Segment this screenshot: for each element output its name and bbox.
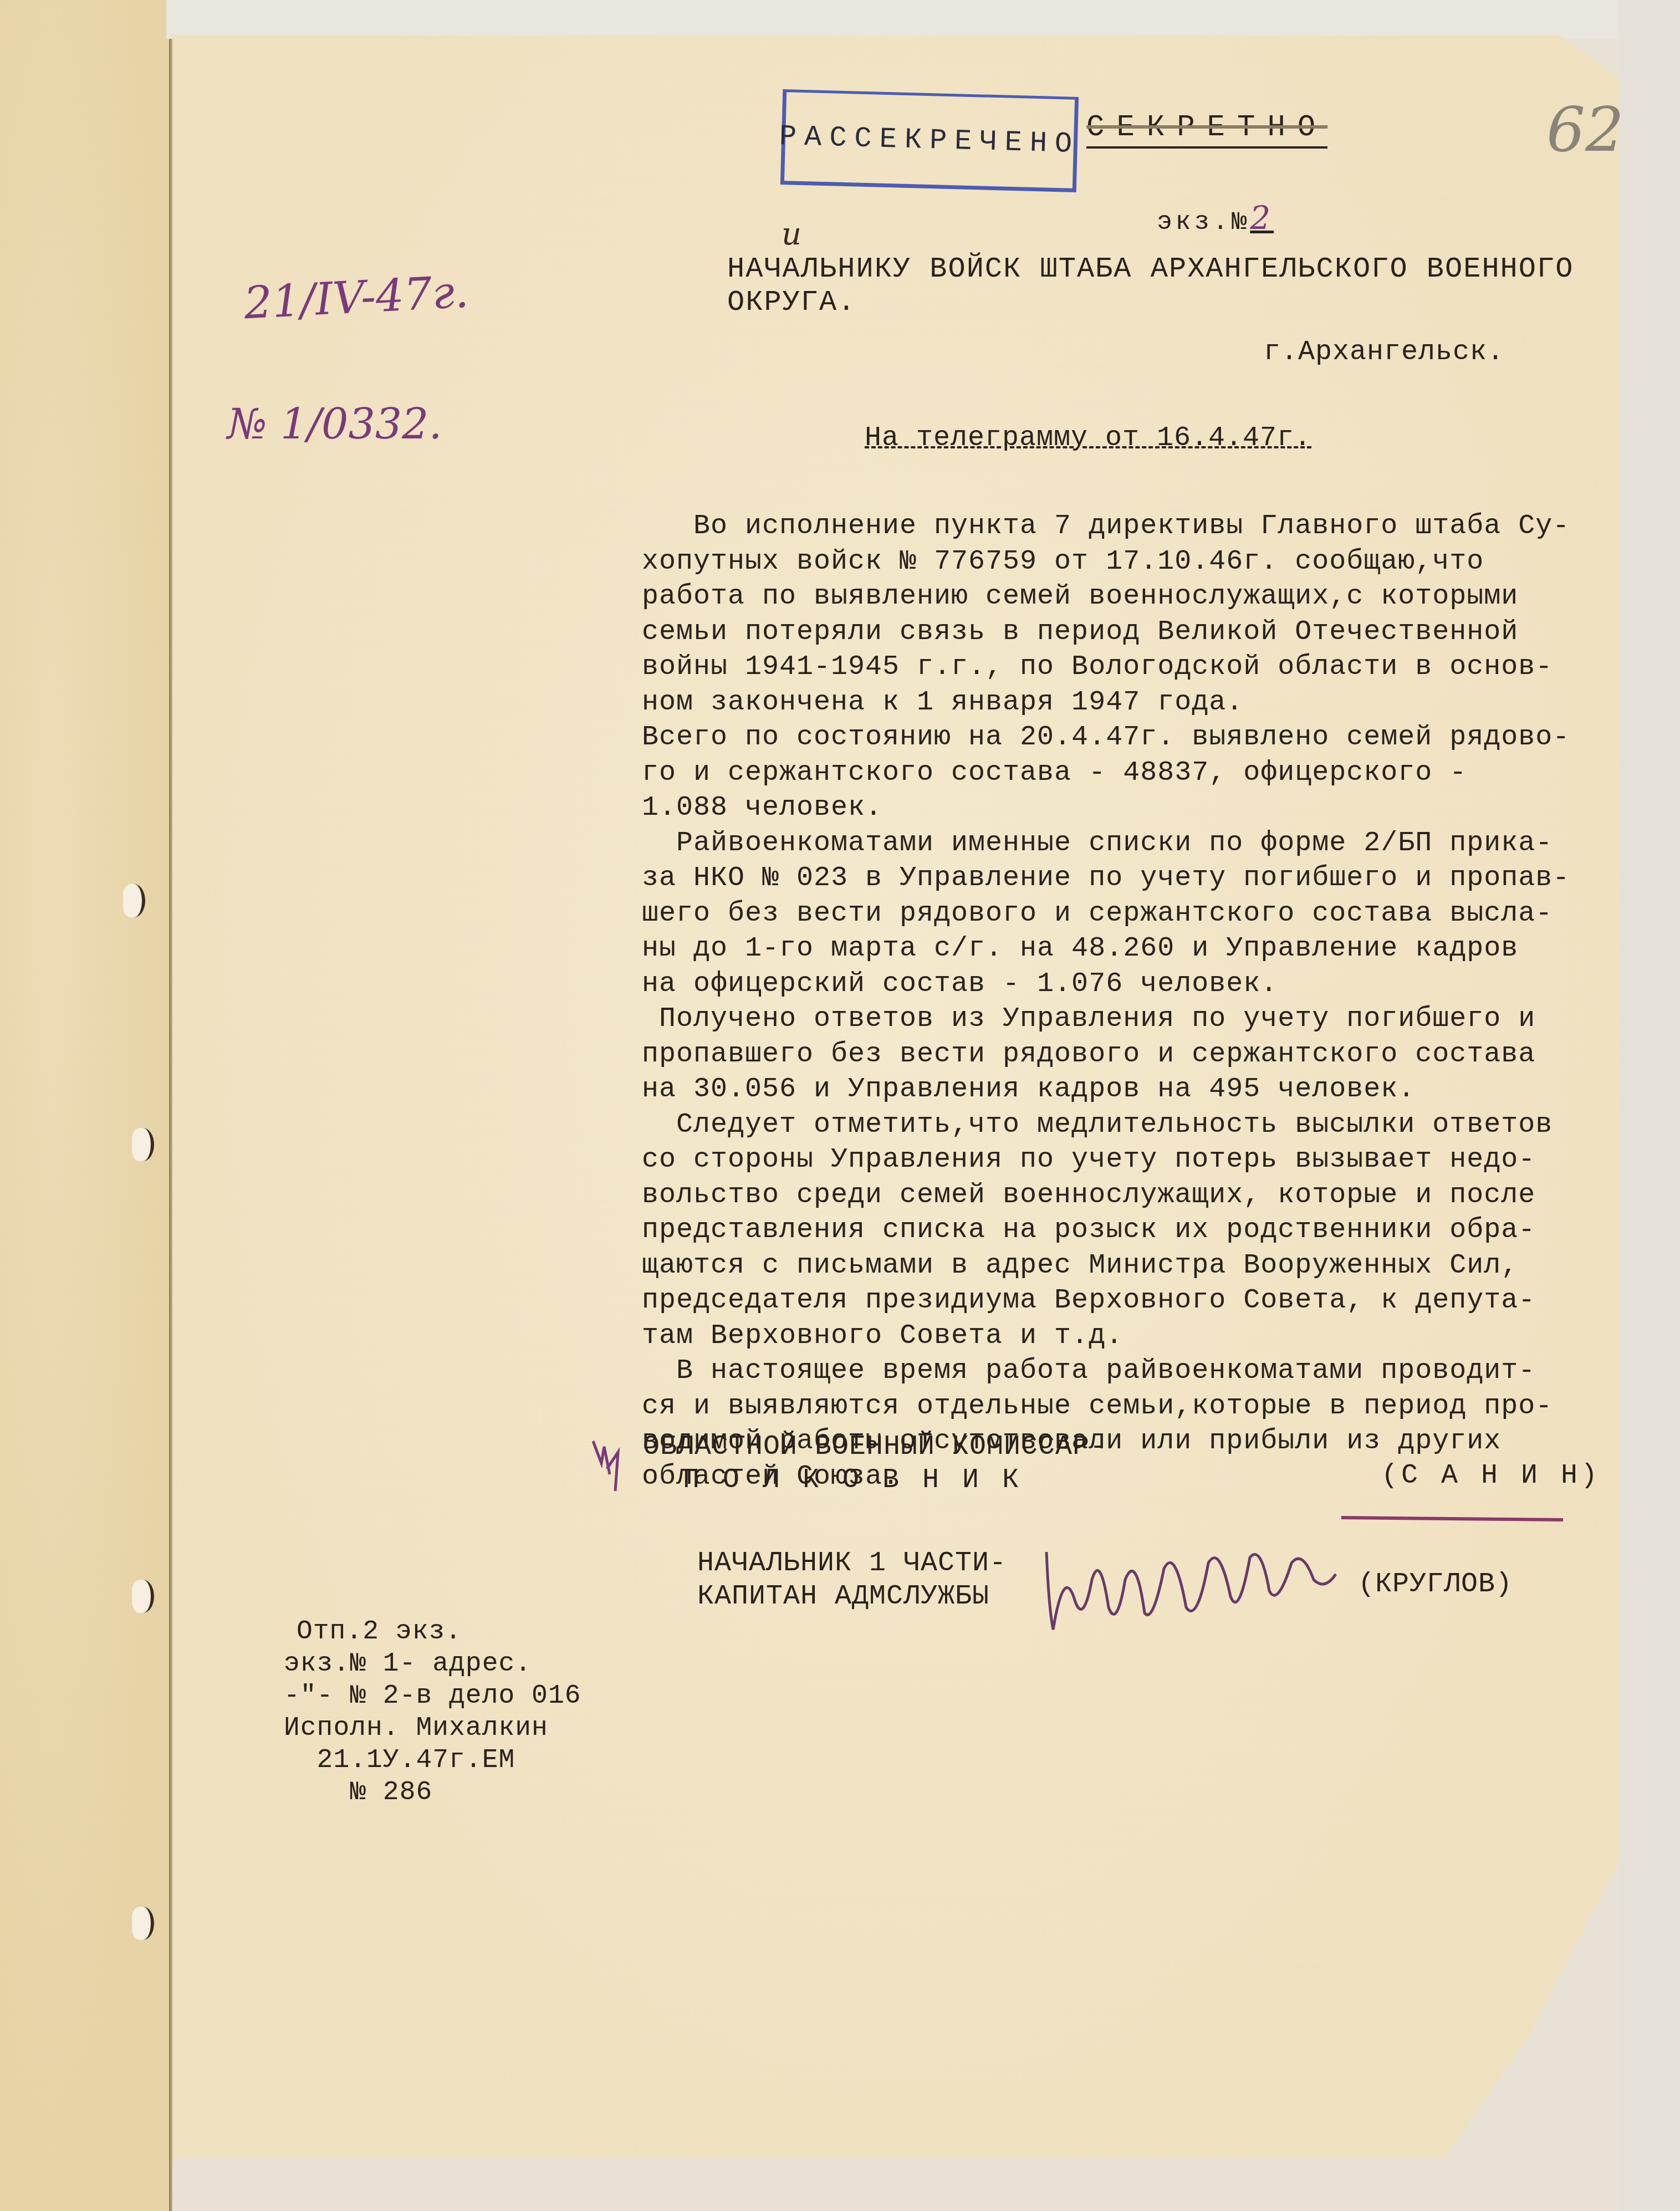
dispatch-note: -"- № 2-в дело 016 [284, 1680, 581, 1712]
dispatch-note: 21.1У.47г.ЕМ [284, 1744, 515, 1776]
body-line: на 30.056 и Управления кадров на 495 чел… [642, 1072, 1617, 1107]
copy-number: экз.№2 [1120, 166, 1274, 239]
classification-label: СЕКРЕТНО [1086, 111, 1327, 149]
signatory-2-name: (КРУГЛОВ) [1358, 1567, 1513, 1602]
binding-hole [132, 1907, 154, 1940]
dispatch-note: Исполн. Михалкин [284, 1712, 548, 1744]
body-line: работа по выявлению семей военнослужащих… [642, 579, 1617, 615]
addressee-city: г.Архангельск. [1264, 335, 1504, 370]
body-line: семьи потеряли связь в период Великой От… [642, 615, 1617, 650]
binding-gutter [169, 39, 172, 2211]
body-line: Во исполнение пункта 7 директивы Главног… [642, 509, 1617, 544]
signatory-1-title-line-2: П О Л К О В Н И К [683, 1463, 1022, 1498]
body-line: ся и выявляются отдельные семьи,которые … [642, 1389, 1617, 1424]
signatory-1-title-line-1: ОБЛАСТНОЙ ВОЕННЫЙ КОМИССАР- [643, 1430, 1107, 1464]
signatory-1-name: (С А Н И Н) [1381, 1459, 1601, 1493]
declassified-stamp: РАССЕКРЕЧЕНО [780, 89, 1079, 192]
body-line: на офицерский состав - 1.076 человек. [642, 967, 1617, 1002]
letter-body: Во исполнение пункта 7 директивы Главног… [642, 509, 1617, 1494]
background-surface-right [1618, 0, 1680, 2211]
body-line: Всего по состоянию на 20.4.47г. выявлено… [642, 720, 1617, 755]
body-line: го и сержантского состава - 48837, офице… [642, 755, 1617, 791]
body-line: Райвоенкоматами именные списки по форме … [642, 826, 1617, 861]
body-line: вольство среди семей военнослужащих, кот… [642, 1178, 1617, 1213]
stamp-label: РАССЕКРЕЧЕНО [779, 120, 1080, 160]
subject-line: На телеграмму от 16.4.47г. [865, 421, 1311, 456]
dispatch-note: № 286 [284, 1776, 432, 1809]
dispatch-note: экз.№ 1- адрес. [284, 1648, 532, 1680]
folder-left-page [0, 0, 172, 2211]
signatory-2-title-line-1: НАЧАЛЬНИК 1 ЧАСТИ- [697, 1546, 1007, 1581]
addressee-line-2: ОКРУГА. [727, 285, 856, 320]
body-line: со стороны Управления по учету потерь вы… [642, 1142, 1617, 1178]
background-surface [166, 0, 1680, 39]
body-line: председателя президиума Верховного Совет… [642, 1283, 1617, 1319]
body-line: шего без вести рядового и сержантского с… [642, 896, 1617, 932]
body-line: Получено ответов из Управления по учету … [642, 1002, 1617, 1037]
body-line: там Верховного Совета и т.д. [642, 1319, 1617, 1354]
addressee-correction: и [782, 216, 801, 252]
body-line: щаются с письмами в адрес Министра Воору… [642, 1248, 1617, 1284]
body-line: за НКО № 023 в Управление по учету погиб… [642, 861, 1617, 896]
binding-hole [132, 1128, 154, 1161]
body-line: ны до 1-го марта с/г. на 48.260 и Управл… [642, 931, 1617, 967]
body-line: ном закончена к 1 января 1947 года. [642, 685, 1617, 721]
dispatch-note: Отп.2 экз. [297, 1616, 462, 1648]
archive-page-number: 62 [1546, 94, 1624, 165]
copy-number-prefix: экз.№ [1157, 208, 1250, 237]
body-line: хопутных войск № 776759 от 17.10.46г. со… [642, 544, 1617, 580]
signatory-2-title-line-2: КАПИТАН АДМСЛУЖБЫ [697, 1580, 989, 1614]
body-line: войны 1941-1945 г.г., по Вологодской обл… [642, 650, 1617, 685]
binding-hole [132, 1580, 154, 1613]
margin-registration-number: № 1/0332. [227, 399, 442, 448]
addressee-line-1: НАЧАЛЬНИКУ ВОЙСК ШТАБА АРХАНГЕЛЬСКОГО ВО… [727, 252, 1574, 287]
body-line: 1.088 человек. [642, 790, 1617, 826]
handwritten-initials-mark [588, 1430, 626, 1497]
binding-hole [123, 884, 145, 917]
body-line: представления списка на розыск их родств… [642, 1213, 1617, 1248]
copy-number-value: 2 [1250, 199, 1274, 237]
body-line: Следует отметить,что медлительность высы… [642, 1107, 1617, 1143]
body-line: В настоящее время работа райвоенкоматами… [642, 1354, 1617, 1389]
body-line: пропавшего без вести рядового и сержантс… [642, 1037, 1617, 1073]
